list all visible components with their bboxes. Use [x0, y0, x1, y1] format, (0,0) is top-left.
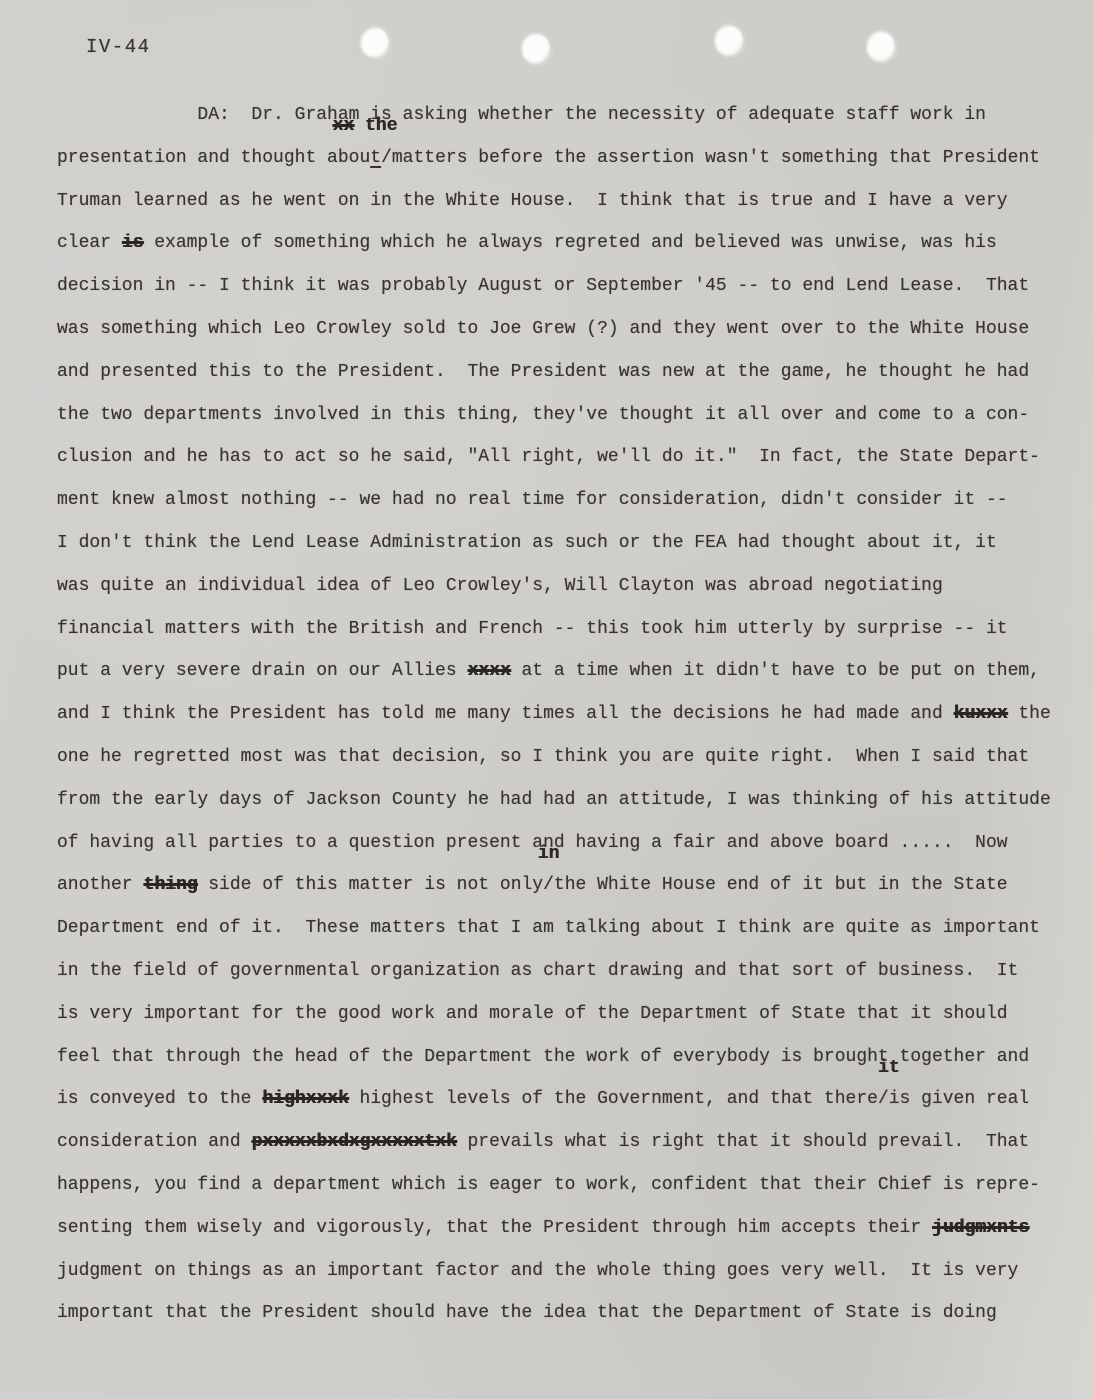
text-line: financial matters with the British and F… [57, 608, 1062, 651]
punch-hole [866, 30, 897, 63]
text-line: clusion and he has to act so he said, "A… [57, 436, 1062, 479]
struck-out-text: judgmxnts [932, 1218, 1029, 1238]
document-page: { "page": { "label": "IV-44", "paper_col… [0, 0, 1093, 1399]
text-line: of having all parties to a question pres… [57, 822, 1062, 865]
text-line: from the early days of Jackson County he… [57, 779, 1062, 822]
struck-out-text: thing [143, 875, 197, 895]
struck-out-text: xxxx [467, 661, 510, 681]
text-line: is conveyed to the highxxxk highest leve… [57, 1078, 1062, 1121]
text-segment: at a time when it didn't have to be put … [511, 661, 1040, 681]
text-segment: Truman learned as he went on in the Whit… [57, 191, 1008, 211]
text-segment: /matters before the assertion wasn't som… [381, 148, 1040, 168]
punch-hole [360, 26, 391, 59]
text-segment: judgment on things as an important facto… [57, 1261, 1018, 1281]
text-segment: happens, you find a department which is … [57, 1175, 1040, 1195]
text-line: judgment on things as an important facto… [57, 1250, 1062, 1293]
interline-insertion: it [878, 1058, 900, 1078]
text-segment: another [57, 875, 143, 895]
text-segment: financial matters with the British and F… [57, 619, 1008, 639]
typed-text: DA: Dr. Graham is asking whether the nec… [57, 94, 1062, 1335]
text-line: was something which Leo Crowley sold to … [57, 308, 1062, 351]
text-line: in the field of governmental organizatio… [57, 950, 1062, 993]
text-segment: the [1008, 704, 1051, 724]
text-segment: clusion and he has to act so he said, "A… [57, 447, 1040, 467]
text-segment: is very important for the good work and … [57, 1004, 1008, 1024]
text-segment: side of this matter is not only/the Whit… [197, 875, 1007, 895]
text-segment: t [370, 148, 381, 168]
text-segment: highest levels of the Government, and th… [349, 1089, 1030, 1109]
text-line: happens, you find a department which is … [57, 1164, 1062, 1207]
text-segment: presentation and thought abou [57, 148, 370, 168]
text-line: the two departments involved in this thi… [57, 394, 1062, 437]
text-line: was quite an individual idea of Leo Crow… [57, 565, 1062, 608]
text-segment: senting them wisely and vigorously, that… [57, 1218, 932, 1238]
text-line: another thing side of this matter is not… [57, 864, 1062, 907]
struck-out-text: xx [332, 116, 354, 136]
text-line: decision in -- I think it was probably A… [57, 265, 1062, 308]
punch-hole [521, 32, 552, 65]
text-line: one he regretted most was that decision,… [57, 736, 1062, 779]
text-line: ment knew almost nothing -- we had no re… [57, 479, 1062, 522]
text-segment: from the early days of Jackson County he… [57, 790, 1051, 810]
text-segment: consideration and [57, 1132, 251, 1152]
text-line: and presented this to the President. The… [57, 351, 1062, 394]
text-line: clear is example of something which he a… [57, 222, 1062, 265]
struck-out-text: is [122, 233, 144, 253]
punch-hole [714, 24, 745, 57]
text-line: is very important for the good work and … [57, 993, 1062, 1036]
text-segment: decision in -- I think it was probably A… [57, 276, 1029, 296]
text-line: I don't think the Lend Lease Administrat… [57, 522, 1062, 565]
struck-out-text: pxxxxxbxdxgxxxxxtxk [251, 1132, 456, 1152]
text-segment: the two departments involved in this thi… [57, 405, 1029, 425]
text-line: DA: Dr. Graham is asking whether the nec… [57, 94, 1062, 137]
text-segment: and I think the President has told me ma… [57, 704, 954, 724]
text-segment: was quite an individual idea of Leo Crow… [57, 576, 943, 596]
text-segment: put a very severe drain on our Allies [57, 661, 467, 681]
text-segment: Department end of it. These matters that… [57, 918, 1040, 938]
text-segment: the [354, 116, 397, 136]
text-line: Truman learned as he went on in the Whit… [57, 180, 1062, 223]
text-line: and I think the President has told me ma… [57, 693, 1062, 736]
text-segment: ment knew almost nothing -- we had no re… [57, 490, 1008, 510]
text-segment: was something which Leo Crowley sold to … [57, 319, 1029, 339]
text-segment: in [538, 844, 560, 864]
text-line: put a very severe drain on our Allies xx… [57, 650, 1062, 693]
text-line: senting them wisely and vigorously, that… [57, 1207, 1062, 1250]
text-segment: prevails what is right that it should pr… [457, 1132, 1030, 1152]
page-number-label: IV-44 [86, 36, 151, 58]
text-segment: is conveyed to the [57, 1089, 262, 1109]
text-line: important that the President should have… [57, 1292, 1062, 1335]
text-segment: and presented this to the President. The… [57, 362, 1029, 382]
text-segment: of having all parties to a question pres… [57, 833, 1008, 853]
text-segment: in the field of governmental organizatio… [57, 961, 1018, 981]
text-segment: clear [57, 233, 122, 253]
text-line: feel that through the head of the Depart… [57, 1036, 1062, 1079]
struck-out-text: highxxxk [262, 1089, 348, 1109]
text-line: presentation and thought about/matters b… [57, 137, 1062, 180]
text-segment: DA: Dr. Graham is asking whether the nec… [197, 105, 986, 125]
text-line: Department end of it. These matters that… [57, 907, 1062, 950]
text-line: consideration and pxxxxxbxdxgxxxxxtxk pr… [57, 1121, 1062, 1164]
struck-out-text: kuxxx [954, 704, 1008, 724]
interline-insertion: xx the [332, 116, 397, 136]
text-segment: one he regretted most was that decision,… [57, 747, 1029, 767]
text-segment: I don't think the Lend Lease Administrat… [57, 533, 997, 553]
text-segment: important that the President should have… [57, 1303, 997, 1323]
interline-insertion: in [538, 844, 560, 864]
text-segment: it [878, 1058, 900, 1078]
text-segment: example of something which he always reg… [143, 233, 996, 253]
